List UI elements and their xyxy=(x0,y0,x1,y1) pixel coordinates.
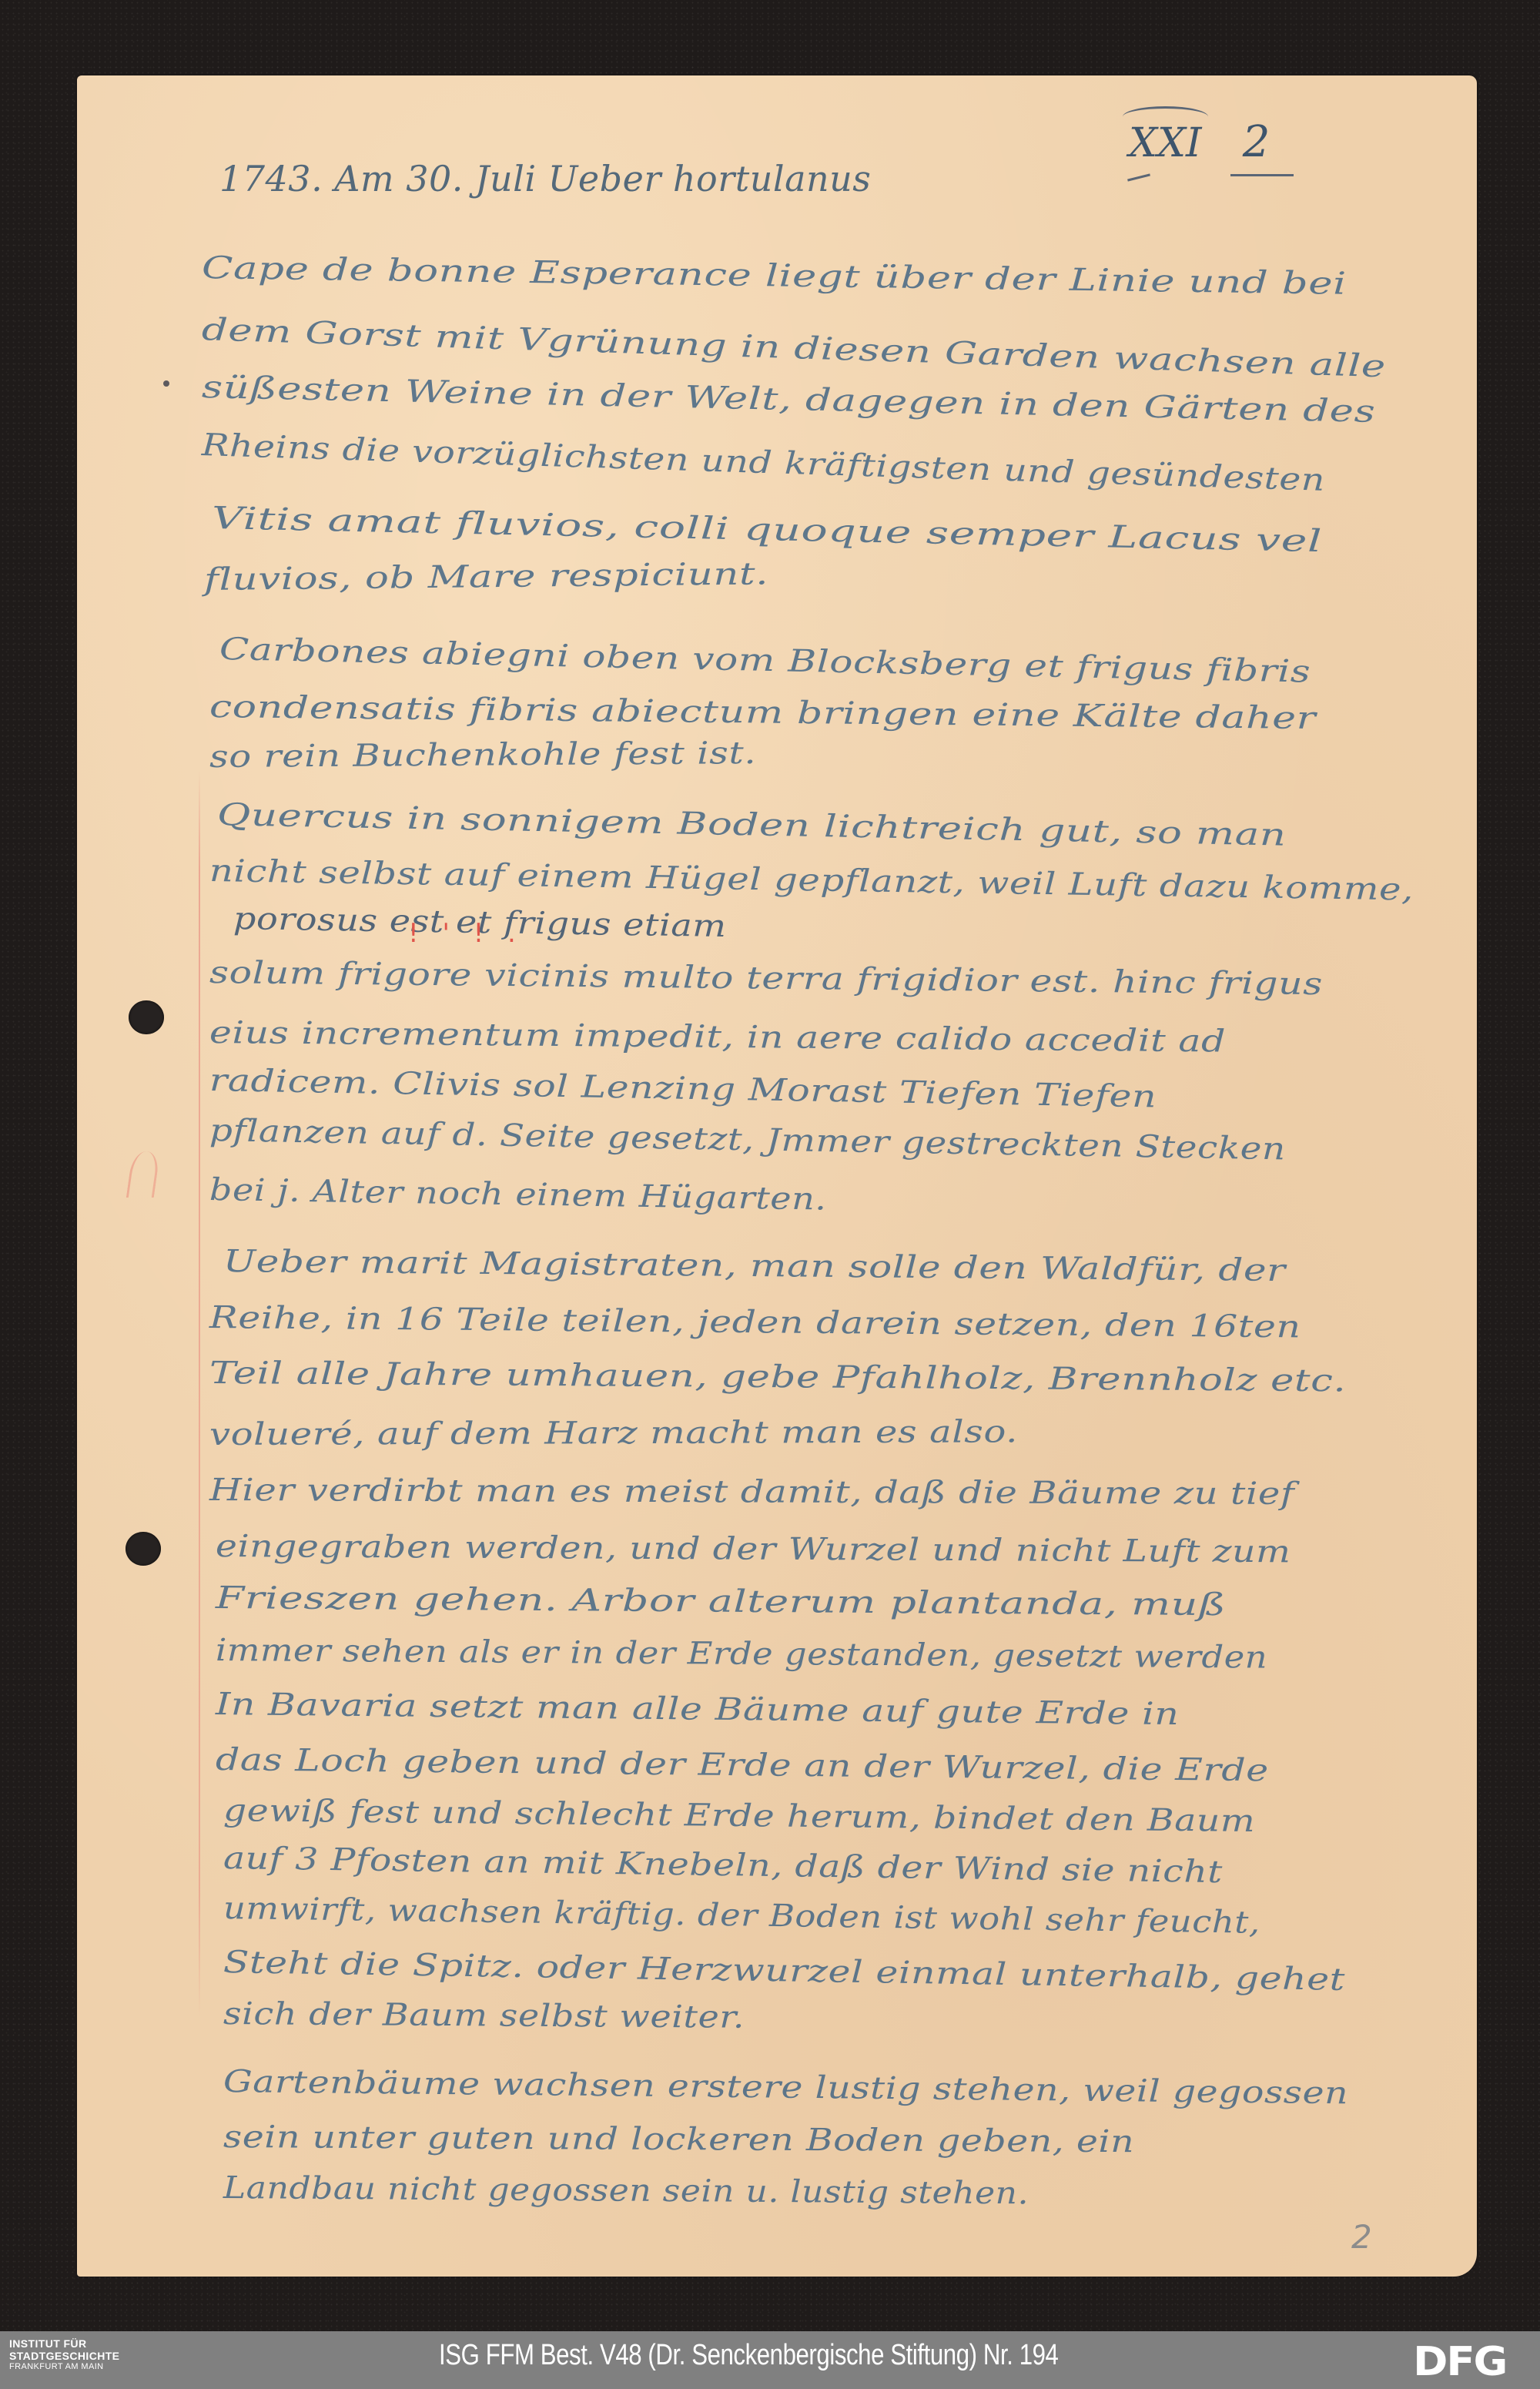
institution-city: FRANKFURT AM MAIN xyxy=(9,2363,119,2371)
manuscript-line: eingegraben werden, und der Wurzel und n… xyxy=(216,1529,1291,1570)
reference-roman-numeral: XXI xyxy=(1124,120,1207,166)
manuscript-line: sich der Baum selbst weiter. xyxy=(223,1996,745,2036)
manuscript-line: Landbau nicht gegossen sein u. lustig st… xyxy=(223,2170,1029,2211)
archive-reference: XXI 2 xyxy=(1124,117,1270,167)
document-header: 1743. Am 30. Juli Ueber hortulanus xyxy=(219,158,871,199)
red-ink-marks: ! ' ! . xyxy=(408,918,524,949)
punch-hole-bottom xyxy=(126,1532,161,1566)
reference-number: 2 xyxy=(1243,117,1270,167)
manuscript-line: volueré, auf dem Harz macht man es also. xyxy=(209,1414,1018,1452)
archive-footer-bar: INSTITUT FÜR STADTGESCHICHTE FRANKFURT A… xyxy=(0,2331,1540,2389)
institution-name-line2: STADTGESCHICHTE xyxy=(9,2350,119,2361)
isg-institution-logo: INSTITUT FÜR STADTGESCHICHTE FRANKFURT A… xyxy=(9,2338,119,2371)
manuscript-line: sein unter guten und lockeren Boden gebe… xyxy=(223,2119,1134,2159)
punch-hole-top xyxy=(129,1000,164,1034)
dfg-logo: DFG xyxy=(1413,2342,1506,2382)
institution-name-line1: INSTITUT FÜR xyxy=(9,2338,119,2349)
manuscript-line: so rein Buchenkohle fest ist. xyxy=(209,735,756,775)
archive-signature-caption: ISG FFM Best. V48 (Dr. Senckenbergische … xyxy=(439,2339,1058,2372)
manuscript-line: fluvios, ob Mare respiciunt. xyxy=(204,556,769,598)
red-pencil-margin-line xyxy=(199,770,200,2018)
manuscript-line: Hier verdirbt man es meist damit, daß di… xyxy=(209,1473,1294,1512)
pencil-page-number: 2 xyxy=(1351,2218,1372,2256)
manuscript-line: Frieszen gehen. Arbor alterum plantanda,… xyxy=(216,1580,1227,1623)
manuscript-line: immer sehen als er in der Erde gestanden… xyxy=(216,1633,1267,1676)
ink-dot xyxy=(163,380,169,387)
